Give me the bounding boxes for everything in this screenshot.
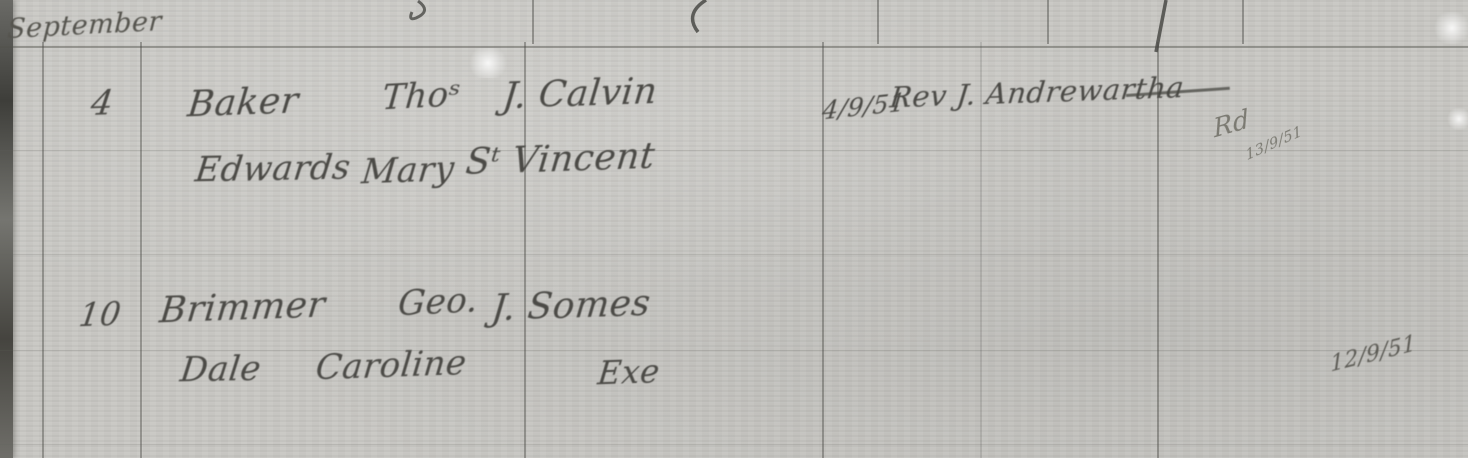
cut-off-pen-strokes — [0, 0, 1468, 60]
scan-glare-spot — [1432, 12, 1468, 44]
entry-celebrant-name: J. Somes — [490, 282, 653, 329]
registered-note-date: 13/9/51 — [1244, 121, 1304, 164]
entry-place: Sᵗ Vincent — [464, 135, 657, 183]
registered-note-date: 12/9/51 — [1330, 331, 1417, 378]
entry-day: 10 — [77, 295, 124, 335]
entry-bride-given-name: Mary — [360, 149, 457, 192]
registered-note: Rd — [1212, 104, 1251, 145]
entry-groom-given-name: Geo. — [396, 280, 479, 324]
entry-place: Exe — [596, 352, 662, 392]
scanner-edge-band — [0, 0, 13, 458]
scan-glare-spot — [466, 48, 510, 78]
column-divider-line — [140, 42, 142, 458]
entry-bride-surname: Dale — [178, 349, 263, 390]
column-divider-line — [42, 42, 44, 458]
faint-ruling-line — [0, 254, 1468, 255]
faint-ruling-line — [0, 444, 1468, 445]
scanned-register-page: September 4 Baker Thoˢ J. Calvin 4/9/51 … — [0, 0, 1468, 458]
entry-bride-given-name: Caroline — [314, 343, 469, 388]
scan-glare-spot — [1446, 108, 1468, 130]
entry-celebrant-name: J. Calvin — [501, 71, 660, 118]
entry-bride-surname: Edwards — [193, 147, 353, 190]
entry-day: 4 — [88, 83, 116, 124]
entry-groom-surname: Baker — [186, 80, 301, 125]
entry-groom-given-name: Thoˢ — [380, 74, 462, 118]
entry-groom-surname: Brimmer — [158, 284, 328, 331]
